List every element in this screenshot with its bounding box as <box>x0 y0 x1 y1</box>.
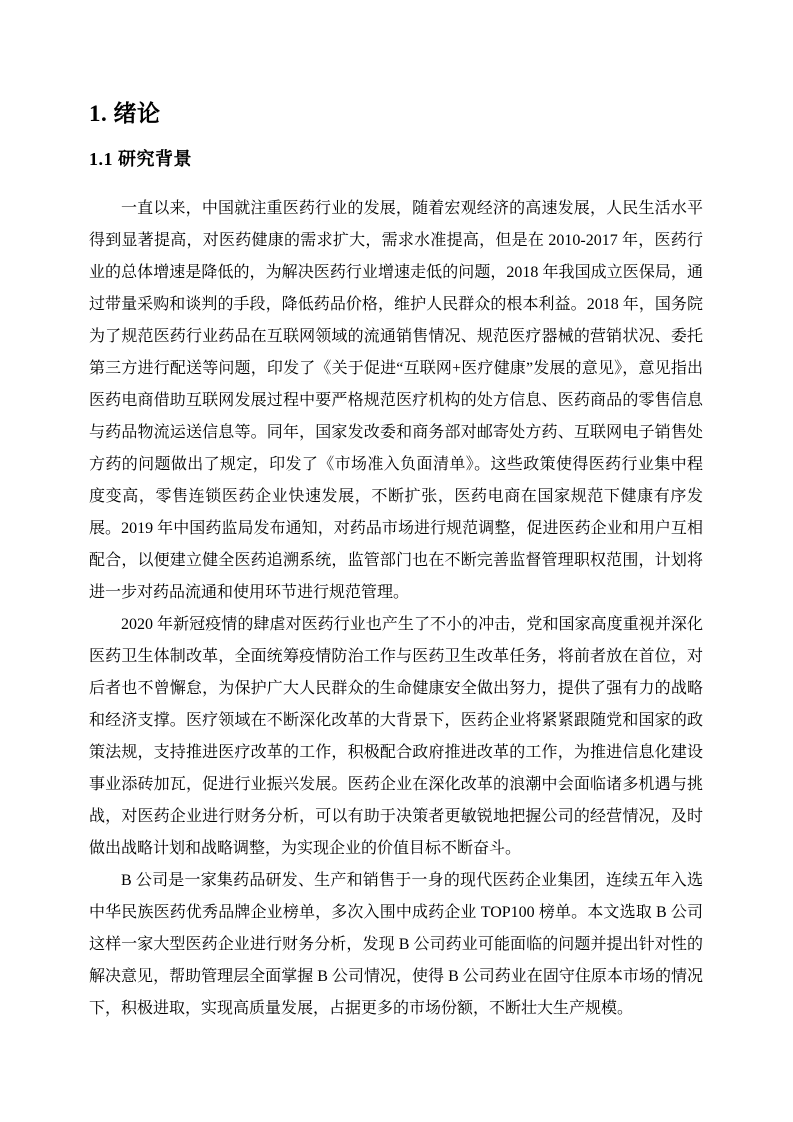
document-content: 1. 绪论 1.1 研究背景 一直以来，中国就注重医药行业的发展，随着宏观经济的… <box>89 96 703 1025</box>
body-text: 一直以来，中国就注重医药行业的发展，随着宏观经济的高速发展，人民生活水平得到显著… <box>89 193 703 1025</box>
paragraph-research-background-2: 2020 年新冠疫情的肆虐对医药行业也产生了不小的冲击，党和国家高度重视并深化医… <box>89 609 703 865</box>
section-heading: 1.1 研究背景 <box>89 147 703 171</box>
paragraph-research-background-1: 一直以来，中国就注重医药行业的发展，随着宏观经济的高速发展，人民生活水平得到显著… <box>89 193 703 609</box>
chapter-heading: 1. 绪论 <box>89 100 703 128</box>
paragraph-research-background-3: B 公司是一家集药品研发、生产和销售于一身的现代医药企业集团，连续五年入选中华民… <box>89 865 703 1025</box>
document-page: 1. 绪论 1.1 研究背景 一直以来，中国就注重医药行业的发展，随着宏观经济的… <box>0 0 793 1122</box>
